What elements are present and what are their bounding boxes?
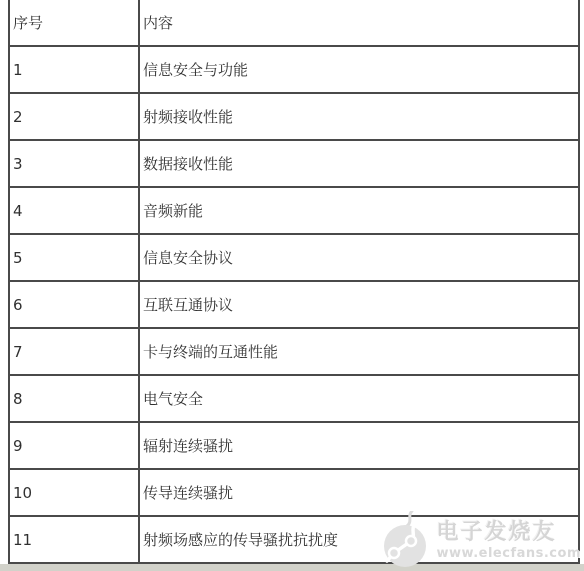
row-serial-cell: 6 [9,281,139,328]
content-table: 序号 内容 1 信息安全与功能 2 射频接收性能 3 数据接收性能 4 音频新能… [8,0,580,564]
row-content-cell: 互联互通协议 [139,281,579,328]
row-content-cell: 传导连续骚扰 [139,469,579,516]
table-row: 9 辐射连续骚扰 [9,422,579,469]
bottom-strip [0,564,584,571]
table-row: 5 信息安全协议 [9,234,579,281]
screenshot-root: 序号 内容 1 信息安全与功能 2 射频接收性能 3 数据接收性能 4 音频新能… [0,0,584,571]
table-row: 3 数据接收性能 [9,140,579,187]
table-row: 7 卡与终端的互通性能 [9,328,579,375]
table-row: 10 传导连续骚扰 [9,469,579,516]
row-content-cell: 卡与终端的互通性能 [139,328,579,375]
header-cell-serial: 序号 [9,0,139,46]
row-serial-cell: 1 [9,46,139,93]
row-serial-cell: 2 [9,93,139,140]
table-row: 1 信息安全与功能 [9,46,579,93]
header-cell-content: 内容 [139,0,579,46]
row-content-cell: 音频新能 [139,187,579,234]
row-content-cell: 电气安全 [139,375,579,422]
row-serial-cell: 9 [9,422,139,469]
table-row: 8 电气安全 [9,375,579,422]
table-row: 2 射频接收性能 [9,93,579,140]
table-row: 4 音频新能 [9,187,579,234]
header-row: 序号 内容 [9,0,579,46]
row-serial-cell: 11 [9,516,139,563]
table-body: 1 信息安全与功能 2 射频接收性能 3 数据接收性能 4 音频新能 5 信息安… [9,46,579,563]
row-content-cell: 数据接收性能 [139,140,579,187]
row-content-cell: 射频接收性能 [139,93,579,140]
row-content-cell: 信息安全与功能 [139,46,579,93]
row-serial-cell: 10 [9,469,139,516]
row-content-cell: 射频场感应的传导骚扰抗扰度 [139,516,579,563]
row-serial-cell: 3 [9,140,139,187]
table-row: 11 射频场感应的传导骚扰抗扰度 [9,516,579,563]
table-row: 6 互联互通协议 [9,281,579,328]
row-serial-cell: 5 [9,234,139,281]
row-content-cell: 信息安全协议 [139,234,579,281]
row-serial-cell: 4 [9,187,139,234]
row-content-cell: 辐射连续骚扰 [139,422,579,469]
row-serial-cell: 8 [9,375,139,422]
row-serial-cell: 7 [9,328,139,375]
